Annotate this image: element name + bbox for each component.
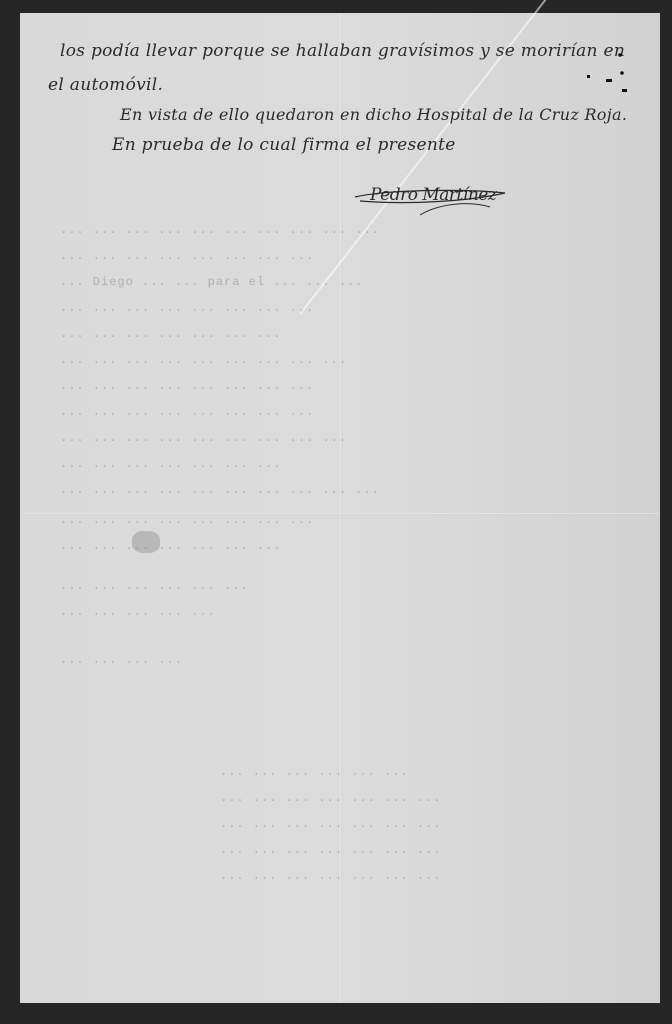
signature-text: Pedro Martínez [370, 185, 496, 205]
bleed-through-line: ... ... ... ... ... ... ... [220, 791, 441, 805]
bleed-through-line: ... ... ... ... ... ... ... [220, 843, 441, 857]
handwritten-line: En vista de ello quedaron en dicho Hospi… [120, 105, 627, 124]
document-page: ... ... ... ... ... ... ... ... ... ... … [20, 13, 660, 1003]
bleed-through-line: ... ... ... ... ... ... ... ... ... [60, 431, 347, 445]
bleed-through-line: ... ... ... ... ... ... ... [60, 327, 281, 341]
bleed-through-line: ... ... ... ... ... ... ... ... ... ... [60, 223, 380, 237]
bleed-through-line: ... ... ... ... ... ... ... ... [60, 249, 314, 263]
bleed-through-line: ... ... ... ... ... [60, 605, 216, 619]
bleed-through-line: ... ... ... ... ... ... ... ... [60, 379, 314, 393]
punch-marks-icon [580, 43, 640, 103]
bleed-through-line: ... ... ... ... ... ... ... [220, 817, 441, 831]
bleed-through-line: ... ... ... ... ... ... ... ... [60, 513, 314, 527]
bleed-through-line: ... ... ... ... ... ... ... ... ... ... [60, 483, 380, 497]
signature: Pedro Martínez [350, 183, 510, 217]
bleed-through-line: ... Diego ... ... para el ... ... ... [60, 275, 363, 289]
bleed-through-line: ... ... ... ... ... ... [220, 765, 409, 779]
bleed-through-line: ... ... ... ... ... ... ... ... [60, 301, 314, 315]
bleed-through-line: ... ... ... ... ... ... ... ... ... [60, 353, 347, 367]
bleed-through-line: ... ... ... ... ... ... ... [60, 457, 281, 471]
handwritten-line: En prueba de lo cual firma el presente [112, 135, 456, 155]
handwritten-line: los podía llevar porque se hallaban grav… [60, 41, 625, 61]
bleed-through-line: ... ... ... ... [60, 653, 183, 667]
bleed-through-line: ... ... ... ... ... ... ... ... [60, 405, 314, 419]
bleed-through-line: ... ... ... ... ... ... ... [220, 869, 441, 883]
bleed-through-line: ... ... ... ... ... ... ... [60, 539, 281, 553]
handwritten-line: el automóvil. [48, 75, 163, 95]
bleed-through-line: ... ... ... ... ... ... [60, 579, 249, 593]
